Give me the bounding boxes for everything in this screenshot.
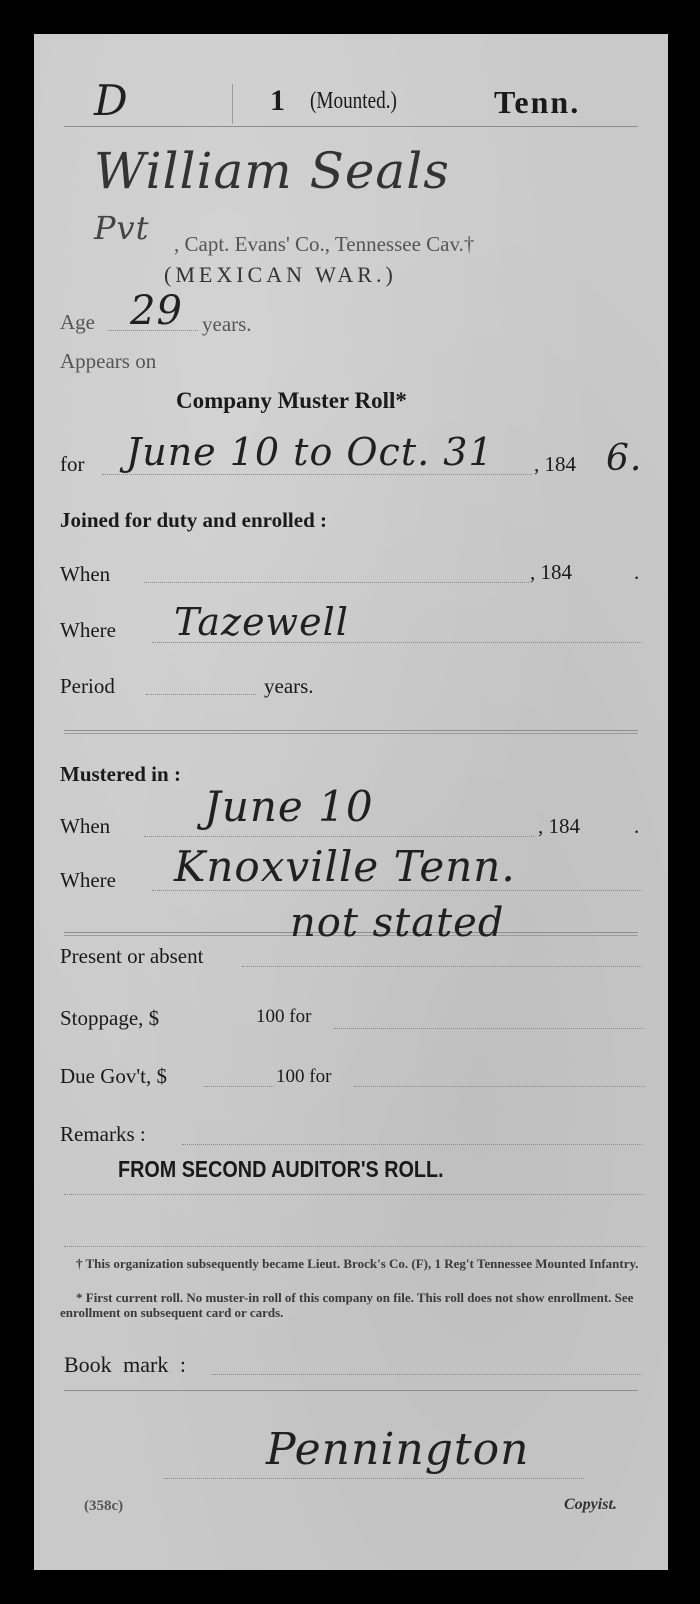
header-divider — [232, 84, 234, 124]
war-label: (MEXICAN WAR.) — [164, 262, 397, 288]
due-govt-label: Due Gov't, $ — [60, 1064, 167, 1089]
joined-when-year: , 184 — [530, 560, 572, 585]
joined-when-label: When — [60, 562, 110, 587]
appears-on-label: Appears on — [60, 349, 156, 374]
remarks-field — [182, 1144, 642, 1145]
joined-rule — [64, 730, 638, 734]
for-value: June 10 to Oct. 31 — [126, 430, 494, 474]
mustered-when-field — [144, 836, 534, 837]
mustered-when-year: , 184 — [538, 814, 580, 839]
muster-roll-card: D 1 (Mounted.) Tenn. William Seals Pvt ,… — [34, 34, 668, 1570]
due-govt-cents: 100 for — [276, 1066, 331, 1088]
period-field[interactable] — [146, 694, 256, 695]
due-govt-field — [354, 1086, 644, 1087]
bookmark-label: Book mark : — [64, 1352, 186, 1378]
age-label: Age — [60, 310, 95, 335]
form-number: (358c) — [84, 1498, 123, 1515]
stoppage-cents: 100 for — [256, 1006, 311, 1028]
joined-when-field[interactable] — [144, 582, 529, 583]
remarks-field-2 — [64, 1194, 644, 1195]
initial-mark: D — [94, 76, 129, 125]
joined-heading: Joined for duty and enrolled : — [60, 508, 327, 533]
age-value: 29 — [130, 288, 183, 334]
header-rule — [64, 126, 638, 127]
mustered-where-label: Where — [60, 868, 116, 893]
remarks-field-3 — [64, 1246, 644, 1247]
regiment-number: 1 — [270, 84, 285, 118]
stoppage-label: Stoppage, $ — [60, 1006, 159, 1031]
period-suffix: years. — [264, 674, 314, 699]
mustered-when-label: When — [60, 814, 110, 839]
for-year-digit: 6. — [606, 438, 642, 479]
joined-where-value: Tazewell — [174, 600, 349, 644]
signature-line — [164, 1478, 584, 1479]
period-label: Period — [60, 674, 115, 699]
copyist-signature: Pennington — [266, 1424, 529, 1475]
soldier-name: William Seals — [94, 142, 450, 200]
for-dots — [102, 474, 532, 475]
joined-where-label: Where — [60, 618, 116, 643]
copyist-label: Copyist. — [564, 1496, 617, 1514]
bookmark-field — [212, 1374, 642, 1375]
present-absent-field — [242, 966, 642, 967]
mustered-heading: Mustered in : — [60, 762, 181, 787]
mustered-when-end: . — [634, 814, 639, 839]
mustered-when-value: June 10 — [204, 782, 374, 831]
unit-line: , Capt. Evans' Co., Tennessee Cav.† — [174, 232, 474, 257]
roll-title: Company Muster Roll* — [176, 388, 407, 414]
remarks-value: FROM SECOND AUDITOR'S ROLL. — [118, 1156, 444, 1183]
state-label: Tenn. — [494, 84, 580, 121]
soldier-rank: Pvt — [94, 209, 149, 247]
present-absent-value: not stated — [290, 900, 504, 946]
for-label: for — [60, 452, 85, 477]
footnote-dagger: † This organization subsequently became … — [60, 1256, 645, 1271]
stoppage-field — [334, 1028, 644, 1029]
joined-when-end: . — [634, 560, 639, 585]
mustered-where-value: Knoxville Tenn. — [174, 842, 516, 891]
bookmark-rule — [64, 1390, 638, 1391]
present-absent-label: Present or absent — [60, 944, 203, 969]
regiment-type: (Mounted.) — [310, 88, 397, 115]
due-govt-amount-field — [204, 1086, 274, 1087]
remarks-label: Remarks : — [60, 1122, 146, 1147]
age-suffix: years. — [202, 312, 252, 337]
footnote-asterisk: * First current roll. No muster-in roll … — [60, 1290, 645, 1320]
for-year-prefix: , 184 — [534, 452, 576, 477]
